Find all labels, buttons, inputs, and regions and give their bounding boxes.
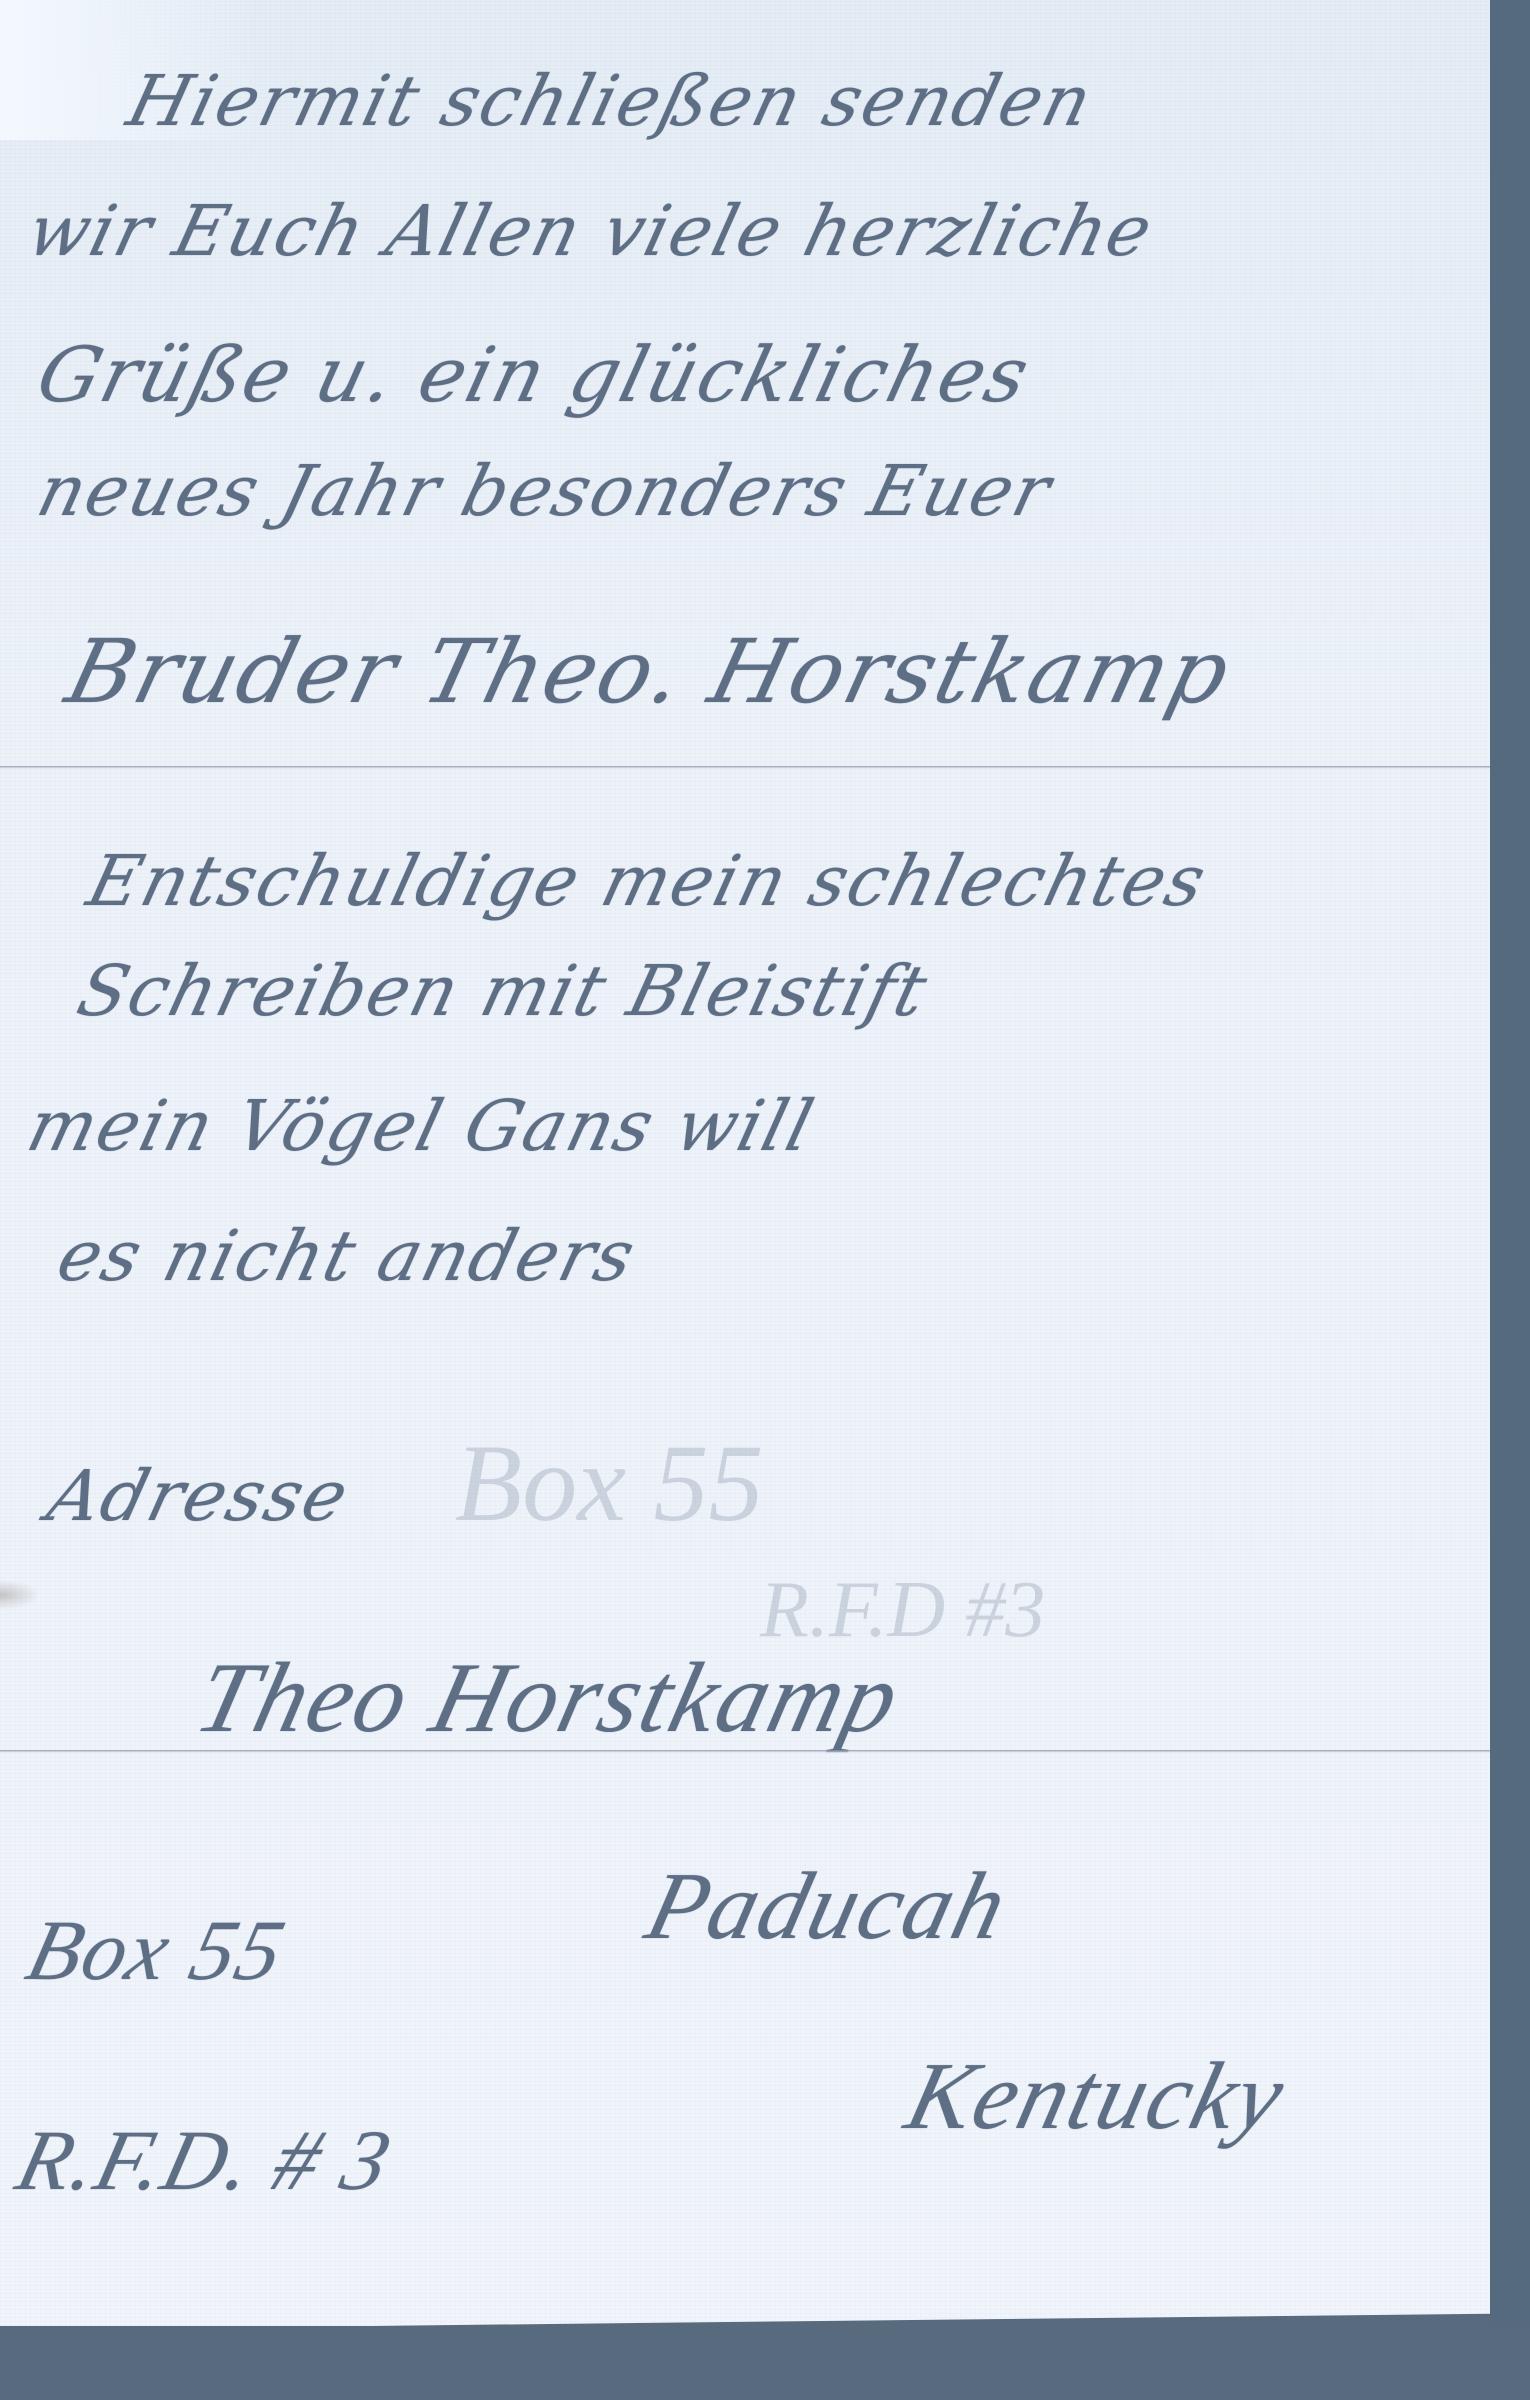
scan-border-bottom	[0, 2326, 1530, 2400]
letter-line-6: Entschuldige mein schlechtes	[80, 840, 1215, 922]
letter-line-3: Grüße u. ein glückliches	[29, 330, 1039, 419]
letter-page: Box 55 R.F.D #3 Hiermit schließen senden…	[0, 0, 1490, 2330]
address-state: Kentucky	[896, 2040, 1297, 2151]
paper-stain	[0, 1580, 40, 1610]
letter-line-8: mein Vögel Gans will	[20, 1085, 823, 1167]
address-box: Box 55	[18, 1900, 296, 2000]
fold-line-lower	[0, 1750, 1490, 1753]
fold-line-upper	[0, 766, 1490, 769]
address-label: Adresse	[40, 1455, 358, 1537]
letter-line-9: es nicht anders	[50, 1215, 645, 1297]
address-name: Theo Horstkamp	[186, 1640, 912, 1755]
letter-signature-line: Bruder Theo. Horstkamp	[57, 620, 1241, 723]
address-route: R.F.D. # 3	[8, 2110, 403, 2210]
letter-line-4: neues Jahr besonders Euer	[30, 450, 1061, 532]
scan-border-right	[1490, 0, 1530, 2400]
erased-text-box: Box 55	[455, 1420, 764, 1547]
letter-line-1: Hiermit schließen senden	[120, 60, 1102, 142]
letter-line-2: wir Euch Allen viele herzliche	[20, 190, 1162, 272]
letter-line-7: Schreiben mit Bleistift	[70, 950, 937, 1032]
address-city: Paducah	[636, 1850, 1019, 1961]
